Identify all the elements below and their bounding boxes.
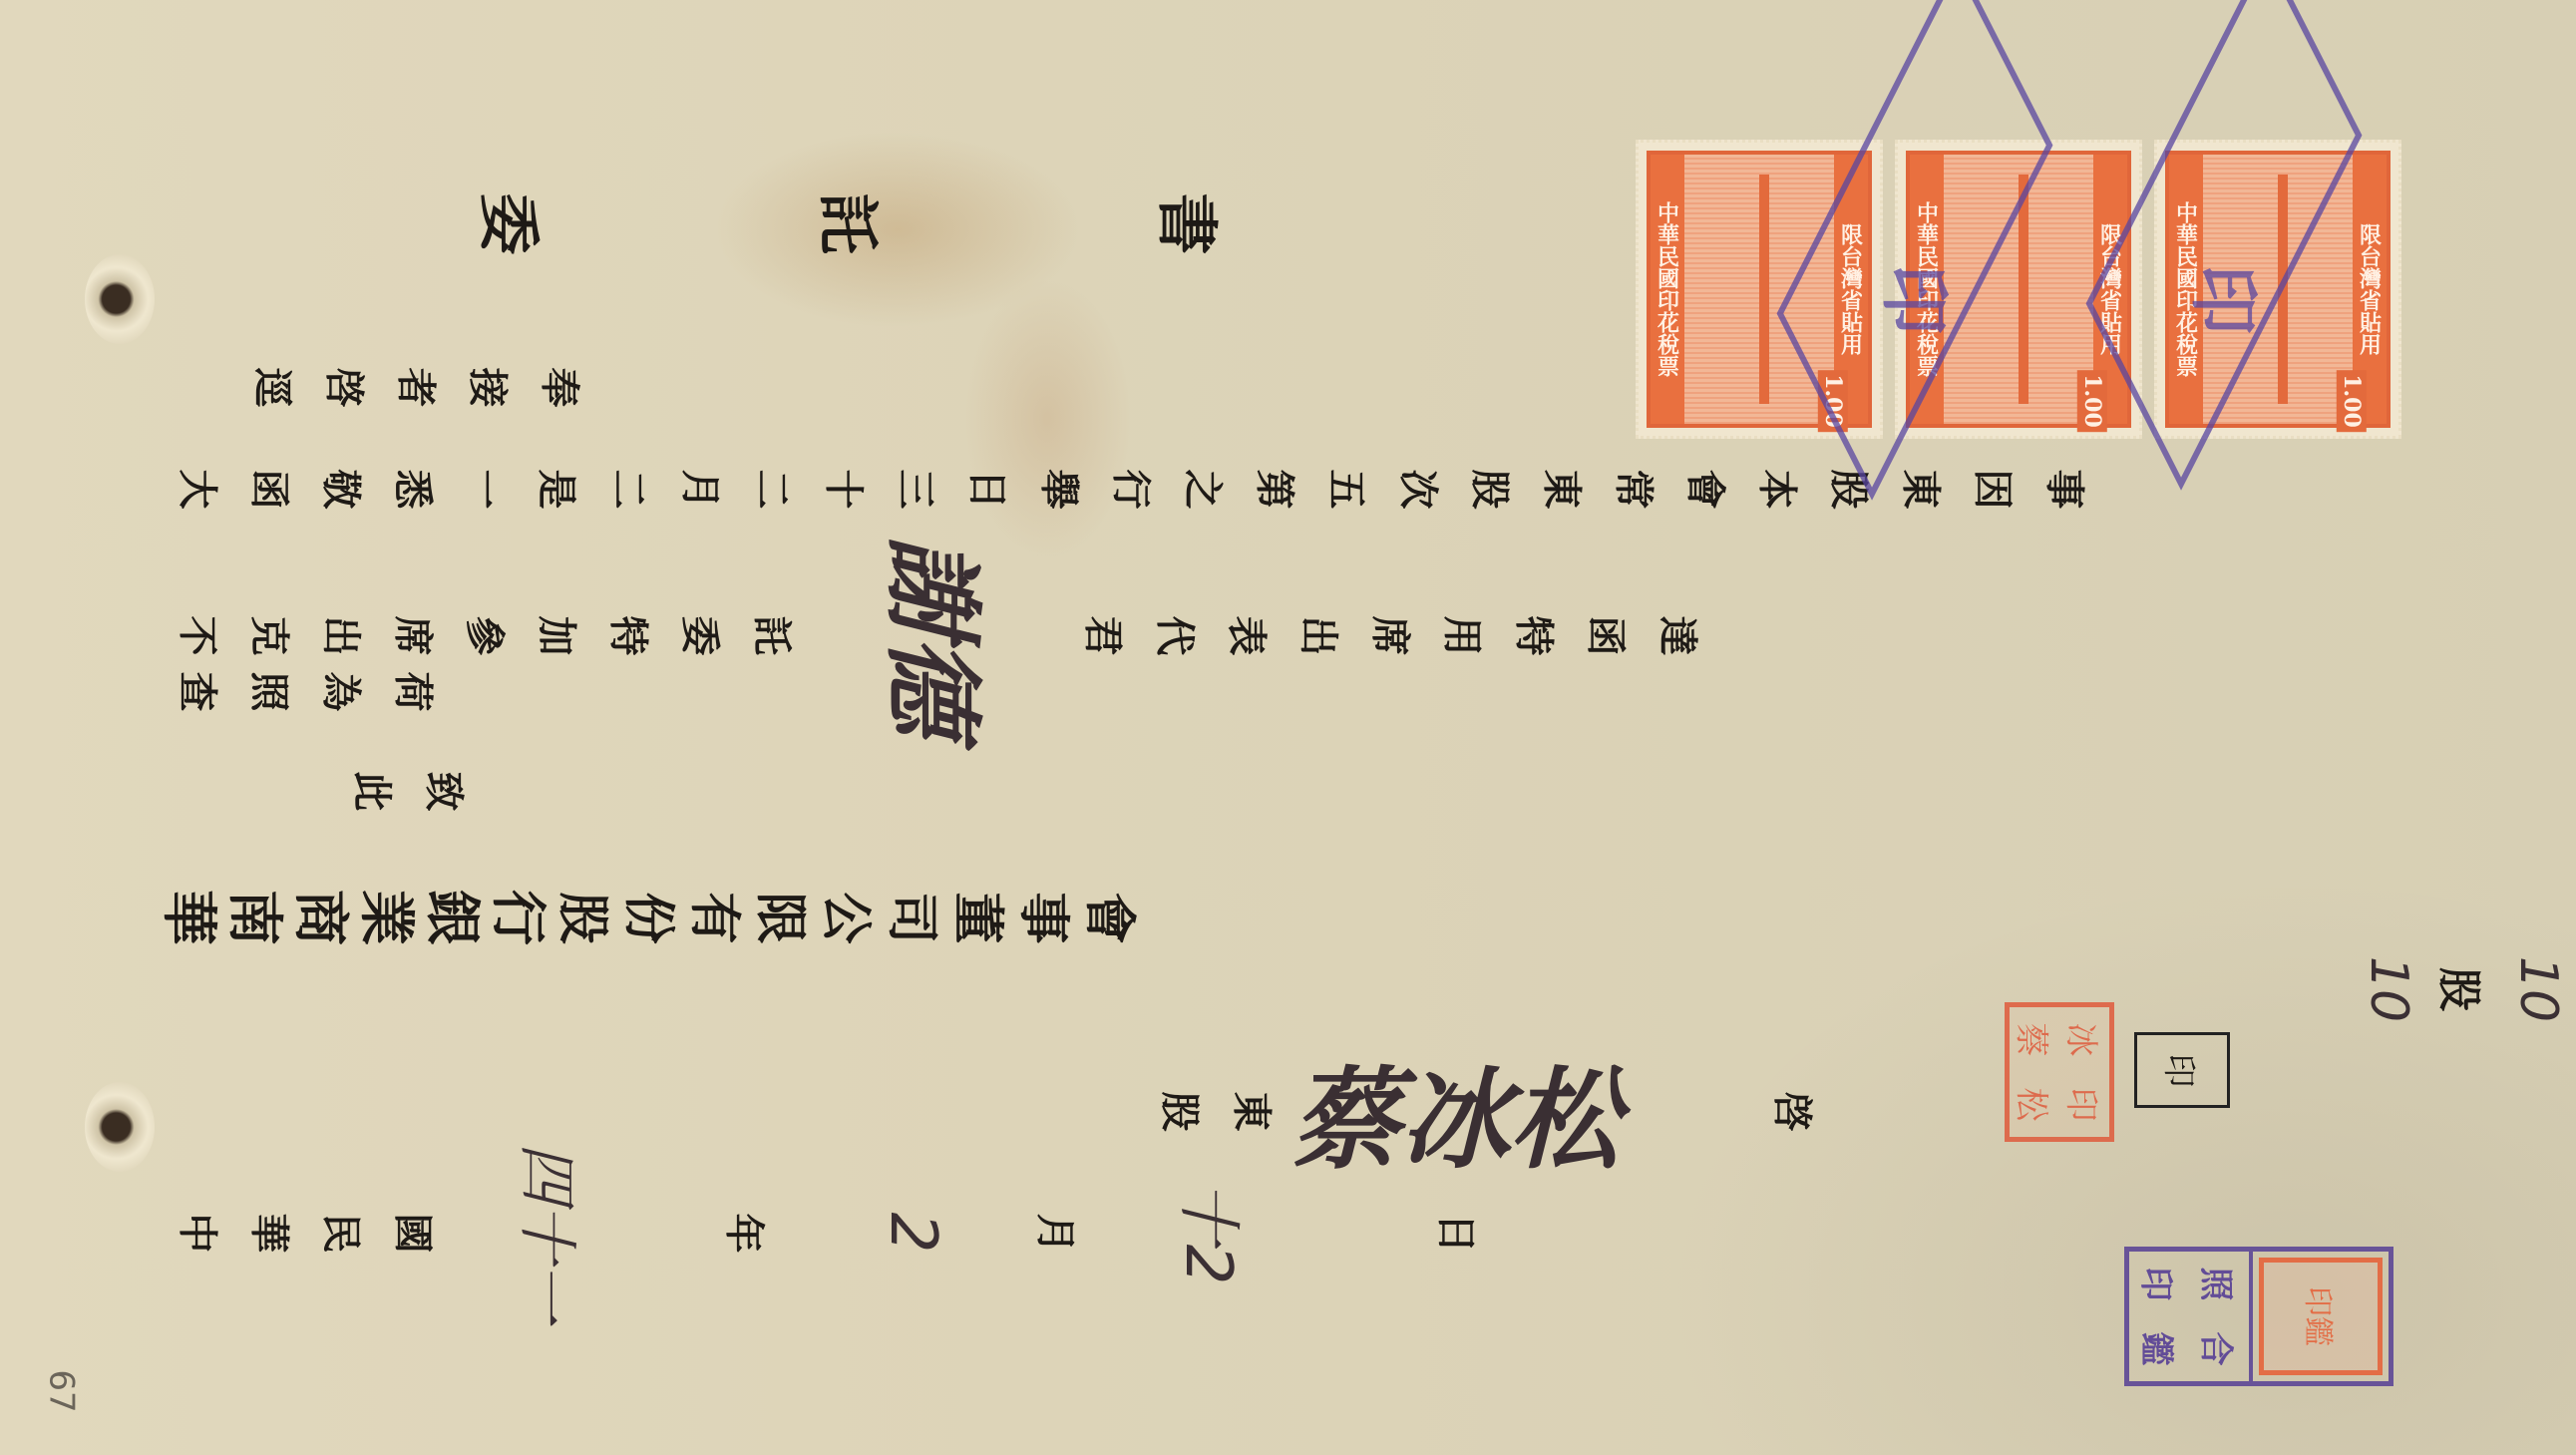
text-char: 大 (173, 454, 229, 526)
text-char: 公 (814, 885, 889, 950)
text-char: 特 (603, 599, 660, 671)
seal-box: 印 (2134, 1032, 2230, 1108)
text-char: 有 (682, 885, 757, 950)
text-char: 本 (1752, 454, 1809, 526)
title-char: 託 (809, 55, 898, 394)
closing-line: 此致 (339, 763, 483, 820)
text-char: 董 (945, 885, 1020, 950)
text-char: 君 (1078, 599, 1135, 671)
text-char: 二 (747, 454, 804, 526)
stamp-value: 1.00 (2337, 370, 2367, 432)
text-char: 奉 (535, 352, 591, 424)
text-char: 委 (675, 599, 732, 671)
text-char: 中 (173, 1197, 229, 1269)
text-char: 荷 (388, 656, 445, 728)
text-char: 東 (1896, 454, 1953, 526)
text-char: 股 (551, 885, 625, 950)
addressee-board: 股份有限公司董事會 (554, 881, 1147, 955)
text-char: 函 (1581, 599, 1638, 671)
title-char: 委 (470, 55, 558, 394)
text-char: 次 (1393, 454, 1450, 526)
text-char: 函 (244, 454, 301, 526)
verify-char: 鑑 (2135, 1332, 2184, 1366)
text-char: 月 (675, 454, 732, 526)
scanned-document: 委 託 書 逕啓者接奉 大函敬悉一是二月二十三日舉行之第五次股東常會本股東因事 … (0, 0, 2576, 1455)
text-char: 啓 (319, 352, 376, 424)
text-char: 查 (173, 656, 229, 728)
text-char: 第 (1250, 454, 1306, 526)
date-line: 中華民國 四十一 年 2 月 十2 日 (165, 1187, 1495, 1278)
text-char: 席 (1365, 599, 1422, 671)
text-char: 舉 (1034, 454, 1091, 526)
shareholder-red-seal: 蔡冰松印 (2005, 1002, 2114, 1142)
votes-count: 10 (2508, 944, 2568, 1034)
punch-hole-top (85, 254, 155, 344)
text-char: 行 (1106, 454, 1163, 526)
date-month-unit: 月 (1030, 1197, 1087, 1269)
addressee-line: 華南商業銀行 股份有限公司董事會 (160, 878, 1147, 957)
text-char: 份 (616, 885, 691, 950)
body-line-1: 大函敬悉一是二月二十三日舉行之第五次股東常會本股東因事 (165, 461, 2103, 518)
punch-hole-bottom (85, 1082, 155, 1172)
text-char: 因 (1968, 454, 2024, 526)
text-char: 限 (748, 885, 823, 950)
addressee-bank-name: 華南商業銀行 (160, 878, 554, 957)
date-day: 十2 (1168, 1153, 1260, 1312)
text-char: 代 (1150, 599, 1207, 671)
text-char: 民 (316, 1197, 373, 1269)
shareholder-signature: 蔡冰松 (1290, 1032, 1759, 1190)
title-char: 書 (1148, 55, 1237, 394)
text-char: 逕 (247, 352, 304, 424)
stamp-value: 1.00 (2077, 370, 2107, 432)
seal-verification-stamp: 印 照 鑑 合 印鑑 (2124, 1247, 2393, 1386)
verify-char: 印 (2135, 1268, 2184, 1301)
text-char: 敬 (316, 454, 373, 526)
cancellation-text-2: 印 (2179, 265, 2280, 335)
text-char: 華 (244, 1197, 301, 1269)
text-char: 達 (1653, 599, 1709, 671)
text-char: 股 (1155, 1075, 1212, 1147)
text-char: 事 (1011, 885, 1086, 950)
date-day-unit: 日 (1431, 1197, 1488, 1269)
document-title: 委 託 書 (344, 180, 1361, 268)
text-char: 十 (819, 454, 876, 526)
verify-char: 照 (2195, 1268, 2244, 1301)
text-char: 國 (388, 1197, 445, 1269)
date-year-unit: 年 (719, 1197, 776, 1269)
verify-char: 合 (2195, 1332, 2244, 1366)
shares-unit: 股 (2431, 959, 2495, 1019)
body-line-2-post: 君代表出席用特函達 (1070, 607, 1716, 664)
text-char: 加 (532, 599, 588, 671)
text-char: 日 (962, 454, 1019, 526)
text-char: 致 (419, 756, 476, 828)
shareholder-label: 股東 (1147, 1083, 1290, 1140)
text-char: 二 (603, 454, 660, 526)
text-char: 表 (1222, 599, 1279, 671)
shares-note: 10 股 10 權 (2344, 957, 2576, 1021)
text-char: 託 (747, 599, 804, 671)
text-char: 三 (891, 454, 947, 526)
text-char: 為 (316, 656, 373, 728)
stamp-country: 中華民國印花稅票 (1651, 155, 1684, 424)
text-char: 東 (1537, 454, 1594, 526)
text-char: 參 (460, 599, 517, 671)
date-era: 中華民國 (165, 1205, 452, 1262)
shareholder-suffix: 啓 (1767, 1075, 1824, 1147)
text-char: 司 (880, 885, 954, 950)
text-char: 此 (347, 756, 404, 828)
body-line-3: 查照為荷 (165, 663, 452, 720)
text-char: 者 (391, 352, 448, 424)
text-char: 會 (1077, 885, 1152, 950)
date-year: 四十一 (509, 1133, 594, 1332)
verification-label: 印 照 鑑 合 (2129, 1252, 2253, 1381)
text-char: 是 (532, 454, 588, 526)
verification-red-seal: 印鑑 (2259, 1258, 2383, 1375)
shares-count: 10 (2359, 944, 2418, 1034)
proxy-name-handwritten: 謝德 (869, 536, 1012, 795)
text-char: 照 (244, 656, 301, 728)
cancellation-text-1: 印 (1870, 265, 1971, 335)
text-char: 會 (1680, 454, 1737, 526)
text-char: 用 (1437, 599, 1494, 671)
text-char: 事 (2039, 454, 2096, 526)
text-char: 常 (1609, 454, 1665, 526)
seal-box-label: 印 (2158, 1053, 2207, 1087)
text-char: 東 (1227, 1075, 1284, 1147)
text-char: 股 (1465, 454, 1522, 526)
text-char: 一 (460, 454, 517, 526)
text-char: 接 (463, 352, 520, 424)
greeting-line: 逕啓者接奉 (239, 359, 598, 416)
text-char: 五 (1321, 454, 1378, 526)
text-char: 特 (1509, 599, 1566, 671)
text-char: 之 (1178, 454, 1235, 526)
text-char: 出 (1293, 599, 1350, 671)
pencil-page-number: 67 (42, 1369, 82, 1412)
date-month: 2 (876, 1163, 949, 1302)
text-char: 悉 (388, 454, 445, 526)
